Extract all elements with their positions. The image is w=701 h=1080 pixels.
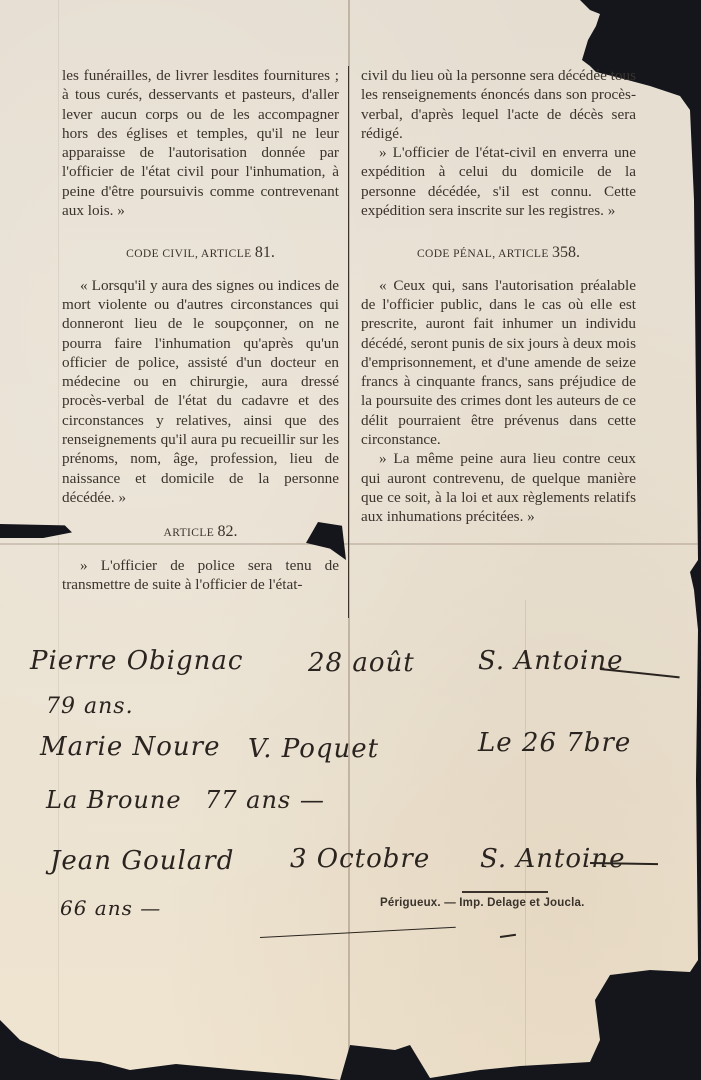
article-358-heading: Code pénal, article 358.	[361, 243, 636, 264]
handwritten-place: S. Antoine	[478, 646, 623, 676]
article-81-heading: Code civil, article 81.	[62, 243, 339, 264]
article-358-text-2: » La même peine aura lieu contre ceux qu…	[361, 449, 636, 526]
handwritten-date: 3 Octobre	[290, 844, 430, 874]
printer-imprint: Périgueux. — Imp. Delage et Joucla.	[380, 897, 584, 909]
right-continuation-text-2: » L'officier de l'état-civil en enverra …	[361, 143, 636, 220]
column-divider	[348, 66, 349, 618]
article-81-text: « Lorsqu'il y aura des signes ou indices…	[62, 276, 339, 508]
handwritten-name: Marie Noure	[40, 732, 220, 762]
article-82-text: » L'officier de police sera tenu de tran…	[62, 556, 339, 595]
article-82-heading: Article 82.	[62, 522, 339, 543]
left-column: les funérailles, de livrer lesdites four…	[62, 66, 339, 594]
handwritten-name: Jean Goulard	[50, 846, 234, 876]
handwritten-place: S. Antoine	[480, 844, 625, 874]
fold-line	[58, 0, 59, 1080]
handwritten-age: 66 ans —	[60, 896, 161, 920]
article-358-text: « Ceux qui, sans l'autorisation préalabl…	[361, 276, 636, 450]
imprint-rule	[462, 891, 548, 893]
handwritten-age: 77 ans —	[205, 786, 325, 814]
handwritten-extra: Le 26 7bre	[478, 728, 631, 758]
left-continuation-text: les funérailles, de livrer lesdites four…	[62, 66, 339, 220]
handwritten-note: V. Poquet	[248, 734, 379, 764]
handwritten-age: 79 ans.	[46, 694, 134, 719]
right-continuation-text: civil du lieu où la personne sera décédé…	[361, 66, 636, 143]
handwritten-date: 28 août	[308, 648, 415, 678]
handwritten-name: La Broune	[46, 786, 182, 814]
right-column: civil du lieu où la personne sera décédé…	[361, 66, 636, 527]
handwritten-name: Pierre Obignac	[30, 646, 243, 676]
